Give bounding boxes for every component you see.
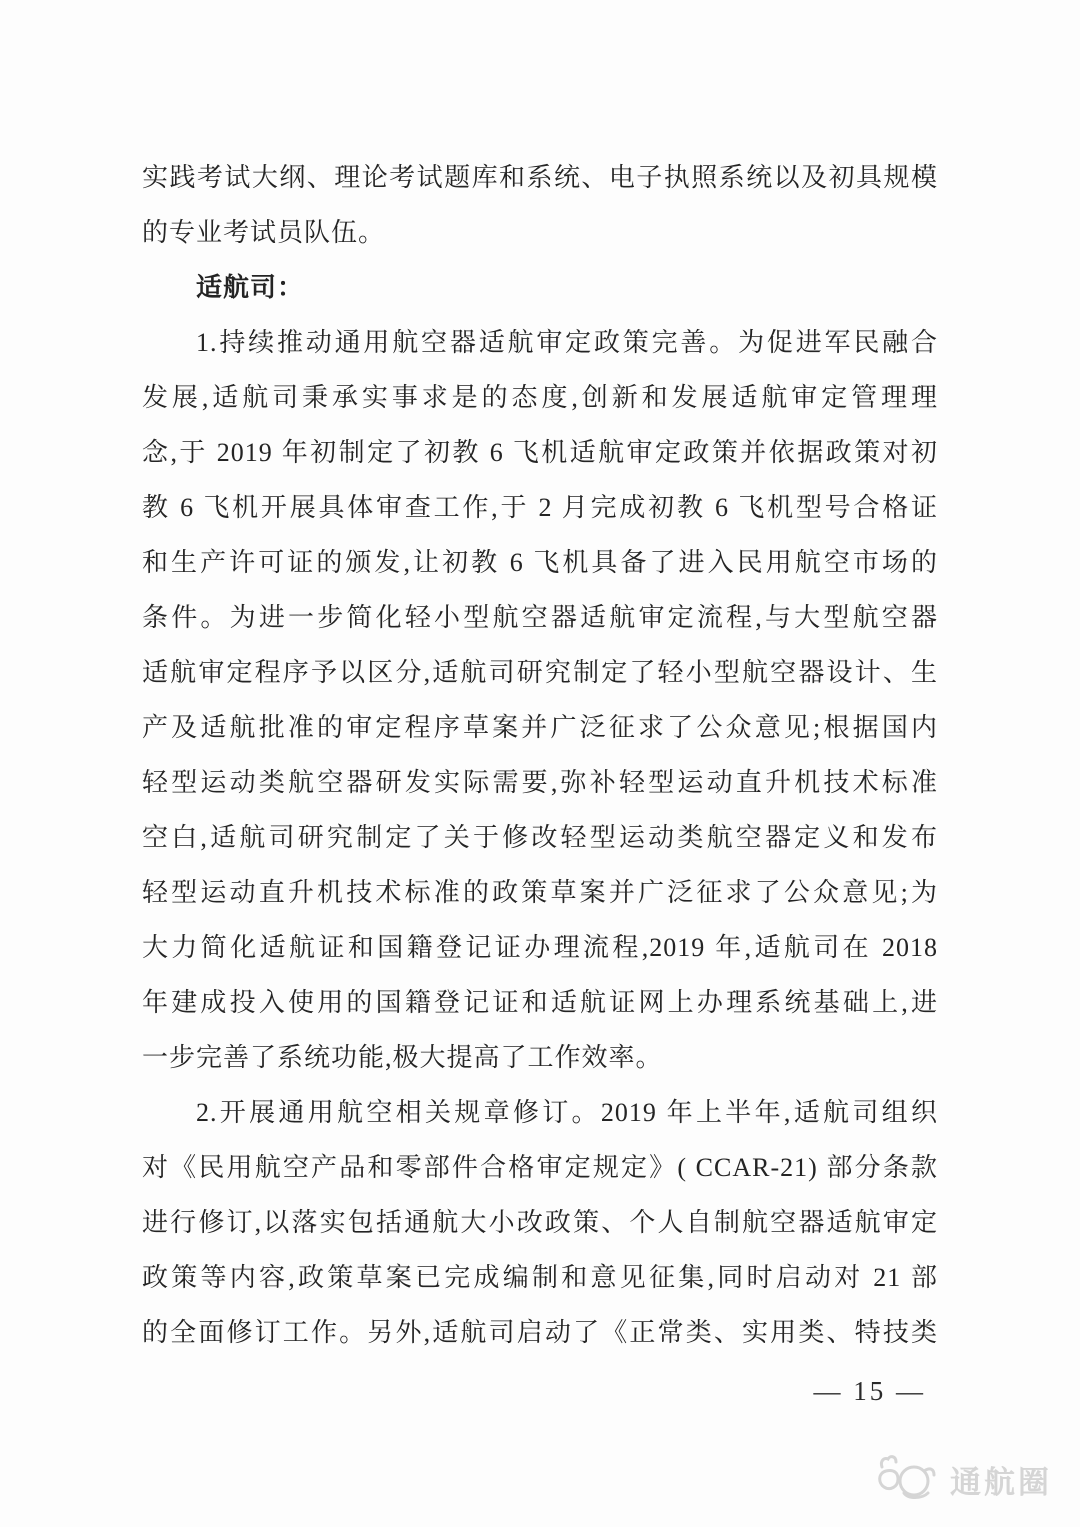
text-line: 政策等内容,政策草案已完成编制和意见征集,同时启动对 21 部 (142, 1250, 938, 1305)
text-line: 的全面修订工作。另外,适航司启动了《正常类、实用类、特技类 (142, 1305, 938, 1360)
tonghang-mascot-icon (874, 1453, 940, 1505)
text-line: 发展,适航司秉承实事求是的态度,创新和发展适航审定管理理 (142, 370, 938, 425)
text-line: 教 6 飞机开展具体审查工作,于 2 月完成初教 6 飞机型号合格证 (142, 480, 938, 535)
section-heading: 适航司： (142, 260, 938, 315)
text-line: 条件。为进一步简化轻小型航空器适航审定流程,与大型航空器 (142, 590, 938, 645)
text-line: 念,于 2019 年初制定了初教 6 飞机适航审定政策并依据政策对初 (142, 425, 938, 480)
text-line: 空白,适航司研究制定了关于修改轻型运动类航空器定义和发布 (142, 810, 938, 865)
text-line: 产及适航批准的审定程序草案并广泛征求了公众意见;根据国内 (142, 700, 938, 755)
watermark: 通航圈 (874, 1453, 1052, 1505)
text-line: 轻型运动直升机技术标准的政策草案并广泛征求了公众意见;为 (142, 865, 938, 920)
text-line: 大力简化适航证和国籍登记证办理流程,2019 年,适航司在 2018 (142, 920, 938, 975)
text-line: 轻型运动类航空器研发实际需要,弥补轻型运动直升机技术标准 (142, 755, 938, 810)
text-line: 进行修订,以落实包括通航大小改政策、个人自制航空器适航审定 (142, 1195, 938, 1250)
document-body: 实践考试大纲、理论考试题库和系统、电子执照系统以及初具规模的专业考试员队伍。适航… (142, 150, 938, 1419)
text-line: 实践考试大纲、理论考试题库和系统、电子执照系统以及初具规模 (142, 150, 938, 205)
text-line: 一步完善了系统功能,极大提高了工作效率。 (142, 1030, 938, 1085)
text-line: 的专业考试员队伍。 (142, 205, 938, 260)
page-number: — 15 — (142, 1364, 938, 1419)
text-line: 适航审定程序予以区分,适航司研究制定了轻小型航空器设计、生 (142, 645, 938, 700)
text-line: 和生产许可证的颁发,让初教 6 飞机具备了进入民用航空市场的 (142, 535, 938, 590)
watermark-label: 通航圈 (950, 1457, 1052, 1502)
text-line: 年建成投入使用的国籍登记证和适航证网上办理系统基础上,进 (142, 975, 938, 1030)
text-line: 2.开展通用航空相关规章修订。2019 年上半年,适航司组织 (142, 1085, 938, 1140)
document-page: 实践考试大纲、理论考试题库和系统、电子执照系统以及初具规模的专业考试员队伍。适航… (0, 0, 1080, 1527)
text-line: 1.持续推动通用航空器适航审定政策完善。为促进军民融合 (142, 315, 938, 370)
document-lines: 实践考试大纲、理论考试题库和系统、电子执照系统以及初具规模的专业考试员队伍。适航… (142, 150, 938, 1360)
text-line: 对《民用航空产品和零部件合格审定规定》( CCAR-21) 部分条款 (142, 1140, 938, 1195)
